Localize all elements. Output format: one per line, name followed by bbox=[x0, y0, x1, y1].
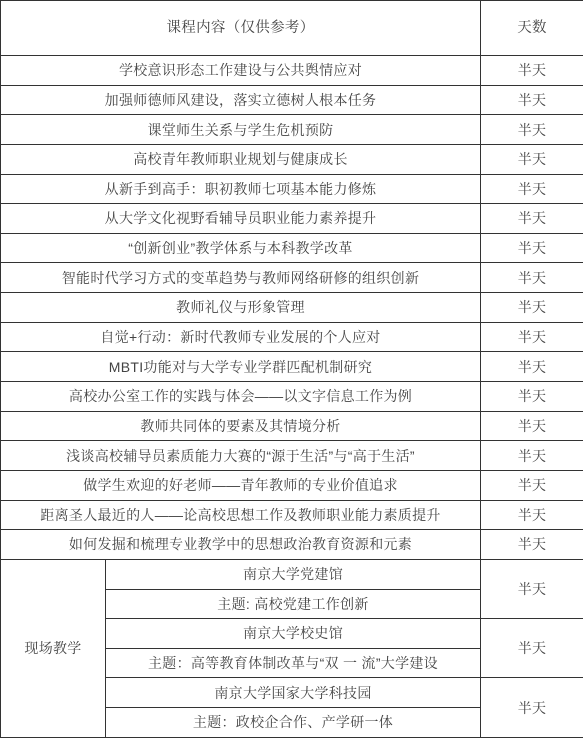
table-row: 从大学文化视野看辅导员职业能力素养提升 半天 bbox=[1, 204, 583, 234]
table-row: 做学生欢迎的好老师——青年教师的专业价值追求 半天 bbox=[1, 470, 583, 500]
course-schedule-table: 课程内容（仅供参考） 天数 学校意识形态工作建设与公共舆情应对 半天 加强师德师… bbox=[0, 0, 583, 738]
onsite-label-cell: 现场教学 bbox=[1, 559, 106, 737]
onsite-venue-cell: 南京大学国家大学科技园 bbox=[106, 678, 481, 708]
days-cell: 半天 bbox=[481, 322, 583, 352]
days-cell: 半天 bbox=[481, 500, 583, 530]
onsite-venue-cell: 南京大学校史馆 bbox=[106, 619, 481, 649]
onsite-days-cell: 半天 bbox=[481, 678, 583, 738]
days-cell: 半天 bbox=[481, 204, 583, 234]
course-cell: 浅谈高校辅导员素质能力大赛的“源于生活”与“高于生活” bbox=[1, 441, 481, 471]
table-row: “创新创业”教学体系与本科教学改革 半天 bbox=[1, 233, 583, 263]
onsite-topic-cell: 主题：政校企合作、产学研一体 bbox=[106, 708, 481, 738]
course-cell: 自觉+行动：新时代教师专业发展的个人应对 bbox=[1, 322, 481, 352]
table-row: 教师共同体的要素及其情境分析 半天 bbox=[1, 411, 583, 441]
table-row: 智能时代学习方式的变革趋势与教师网络研修的组织创新 半天 bbox=[1, 263, 583, 293]
table-row: 教师礼仪与形象管理 半天 bbox=[1, 293, 583, 323]
days-cell: 半天 bbox=[481, 85, 583, 115]
table-row: 高校青年教师职业规划与健康成长 半天 bbox=[1, 144, 583, 174]
course-cell: 加强师德师风建设，落实立德树人根本任务 bbox=[1, 85, 481, 115]
onsite-days-cell: 半天 bbox=[481, 619, 583, 678]
course-cell: 距离圣人最近的人——论高校思想工作及教师职业能力素质提升 bbox=[1, 500, 481, 530]
course-cell: 做学生欢迎的好老师——青年教师的专业价值追求 bbox=[1, 470, 481, 500]
course-cell: 从新手到高手：职初教师七项基本能力修炼 bbox=[1, 174, 481, 204]
table-row: MBTI功能对与大学专业学群匹配机制研究 半天 bbox=[1, 352, 583, 382]
table-row: 距离圣人最近的人——论高校思想工作及教师职业能力素质提升 半天 bbox=[1, 500, 583, 530]
course-schedule-page: 课程内容（仅供参考） 天数 学校意识形态工作建设与公共舆情应对 半天 加强师德师… bbox=[0, 0, 583, 738]
course-cell: 课堂师生关系与学生危机预防 bbox=[1, 115, 481, 145]
table-row: 学校意识形态工作建设与公共舆情应对 半天 bbox=[1, 56, 583, 86]
course-cell: 高校办公室工作的实践与体会——以文字信息工作为例 bbox=[1, 382, 481, 412]
days-cell: 半天 bbox=[481, 382, 583, 412]
onsite-days-cell: 半天 bbox=[481, 559, 583, 618]
course-cell: 如何发掘和梳理专业教学中的思想政治教育资源和元素 bbox=[1, 530, 481, 560]
course-cell: 高校青年教师职业规划与健康成长 bbox=[1, 144, 481, 174]
days-cell: 半天 bbox=[481, 530, 583, 560]
onsite-topic-cell: 主题: 高校党建工作创新 bbox=[106, 589, 481, 619]
days-cell: 半天 bbox=[481, 115, 583, 145]
course-cell: 智能时代学习方式的变革趋势与教师网络研修的组织创新 bbox=[1, 263, 481, 293]
table-row: 自觉+行动：新时代教师专业发展的个人应对 半天 bbox=[1, 322, 583, 352]
days-cell: 半天 bbox=[481, 233, 583, 263]
days-cell: 半天 bbox=[481, 144, 583, 174]
days-cell: 半天 bbox=[481, 56, 583, 86]
course-cell: 学校意识形态工作建设与公共舆情应对 bbox=[1, 56, 481, 86]
days-cell: 半天 bbox=[481, 470, 583, 500]
course-cell: 教师礼仪与形象管理 bbox=[1, 293, 481, 323]
days-cell: 半天 bbox=[481, 352, 583, 382]
table-header-row: 课程内容（仅供参考） 天数 bbox=[1, 1, 583, 56]
table-row: 如何发掘和梳理专业教学中的思想政治教育资源和元素 半天 bbox=[1, 530, 583, 560]
onsite-venue-cell: 南京大学党建馆 bbox=[106, 559, 481, 589]
table-row: 课堂师生关系与学生危机预防 半天 bbox=[1, 115, 583, 145]
course-cell: MBTI功能对与大学专业学群匹配机制研究 bbox=[1, 352, 481, 382]
header-days: 天数 bbox=[481, 1, 583, 56]
course-cell: 教师共同体的要素及其情境分析 bbox=[1, 411, 481, 441]
days-cell: 半天 bbox=[481, 441, 583, 471]
days-cell: 半天 bbox=[481, 411, 583, 441]
course-cell: 从大学文化视野看辅导员职业能力素养提升 bbox=[1, 204, 481, 234]
table-row: 从新手到高手：职初教师七项基本能力修炼 半天 bbox=[1, 174, 583, 204]
days-cell: 半天 bbox=[481, 174, 583, 204]
days-cell: 半天 bbox=[481, 293, 583, 323]
table-row: 高校办公室工作的实践与体会——以文字信息工作为例 半天 bbox=[1, 382, 583, 412]
header-course-content: 课程内容（仅供参考） bbox=[1, 1, 481, 56]
course-cell: “创新创业”教学体系与本科教学改革 bbox=[1, 233, 481, 263]
table-row: 加强师德师风建设，落实立德树人根本任务 半天 bbox=[1, 85, 583, 115]
days-cell: 半天 bbox=[481, 263, 583, 293]
table-row: 浅谈高校辅导员素质能力大赛的“源于生活”与“高于生活” 半天 bbox=[1, 441, 583, 471]
onsite-topic-cell: 主题：高等教育体制改革与“双 一 流”大学建设 bbox=[106, 648, 481, 678]
onsite-row: 现场教学 南京大学党建馆 半天 bbox=[1, 559, 583, 589]
